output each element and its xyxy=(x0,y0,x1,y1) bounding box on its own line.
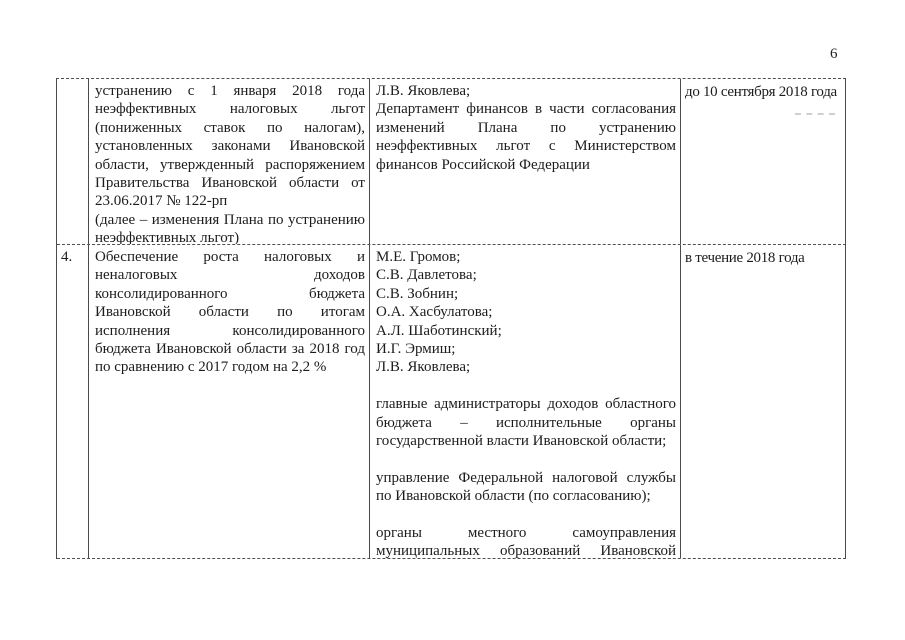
spacer xyxy=(376,377,676,395)
paragraph: С.В. Давлетова; xyxy=(376,266,676,284)
spacer xyxy=(376,506,676,524)
paragraph: устранению с 1 января 2018 года неэффект… xyxy=(95,82,365,211)
paragraph: Л.В. Яковлева; xyxy=(376,82,676,100)
deadline-cell: до 10 сентября 2018 года xyxy=(681,79,846,244)
deadline-cell: в течение 2018 года xyxy=(681,245,846,558)
document-page: 6 устранению с 1 января 2018 года неэффе… xyxy=(0,0,905,640)
responsible-cell: М.Е. Громов;С.В. Давлетова;С.В. Зобнин;О… xyxy=(370,245,681,558)
paragraph: С.В. Зобнин; xyxy=(376,285,676,303)
paragraph: (далее – изменения Плана по устранению н… xyxy=(95,211,365,244)
paragraph: главные администраторы доходов областног… xyxy=(376,395,676,450)
paragraph: О.А. Хасбулатова; xyxy=(376,303,676,321)
paragraph: органы местного самоуправления муниципал… xyxy=(376,524,676,558)
task-cell: устранению с 1 января 2018 года неэффект… xyxy=(89,79,370,244)
paragraph: М.Е. Громов; xyxy=(376,248,676,266)
paragraph: А.Л. Шаботинский; xyxy=(376,322,676,340)
scan-artifact xyxy=(795,113,835,115)
paragraph: Обеспечение роста налоговых и неналоговы… xyxy=(95,248,365,377)
paragraph: Департамент финансов в части согласовани… xyxy=(376,100,676,174)
paragraph: управление Федеральной налоговой службы … xyxy=(376,469,676,506)
responsible-cell: Л.В. Яковлева;Департамент финансов в час… xyxy=(370,79,681,244)
plan-table: устранению с 1 января 2018 года неэффект… xyxy=(56,78,846,559)
row-number-cell xyxy=(57,79,89,244)
table-row: 4. Обеспечение роста налоговых и неналог… xyxy=(57,245,846,559)
row-number-cell: 4. xyxy=(57,245,89,558)
paragraph: Л.В. Яковлева; xyxy=(376,358,676,376)
table-row: устранению с 1 января 2018 года неэффект… xyxy=(57,79,846,245)
task-cell: Обеспечение роста налоговых и неналоговы… xyxy=(89,245,370,558)
page-number: 6 xyxy=(830,46,838,63)
paragraph: И.Г. Эрмиш; xyxy=(376,340,676,358)
spacer xyxy=(376,450,676,468)
